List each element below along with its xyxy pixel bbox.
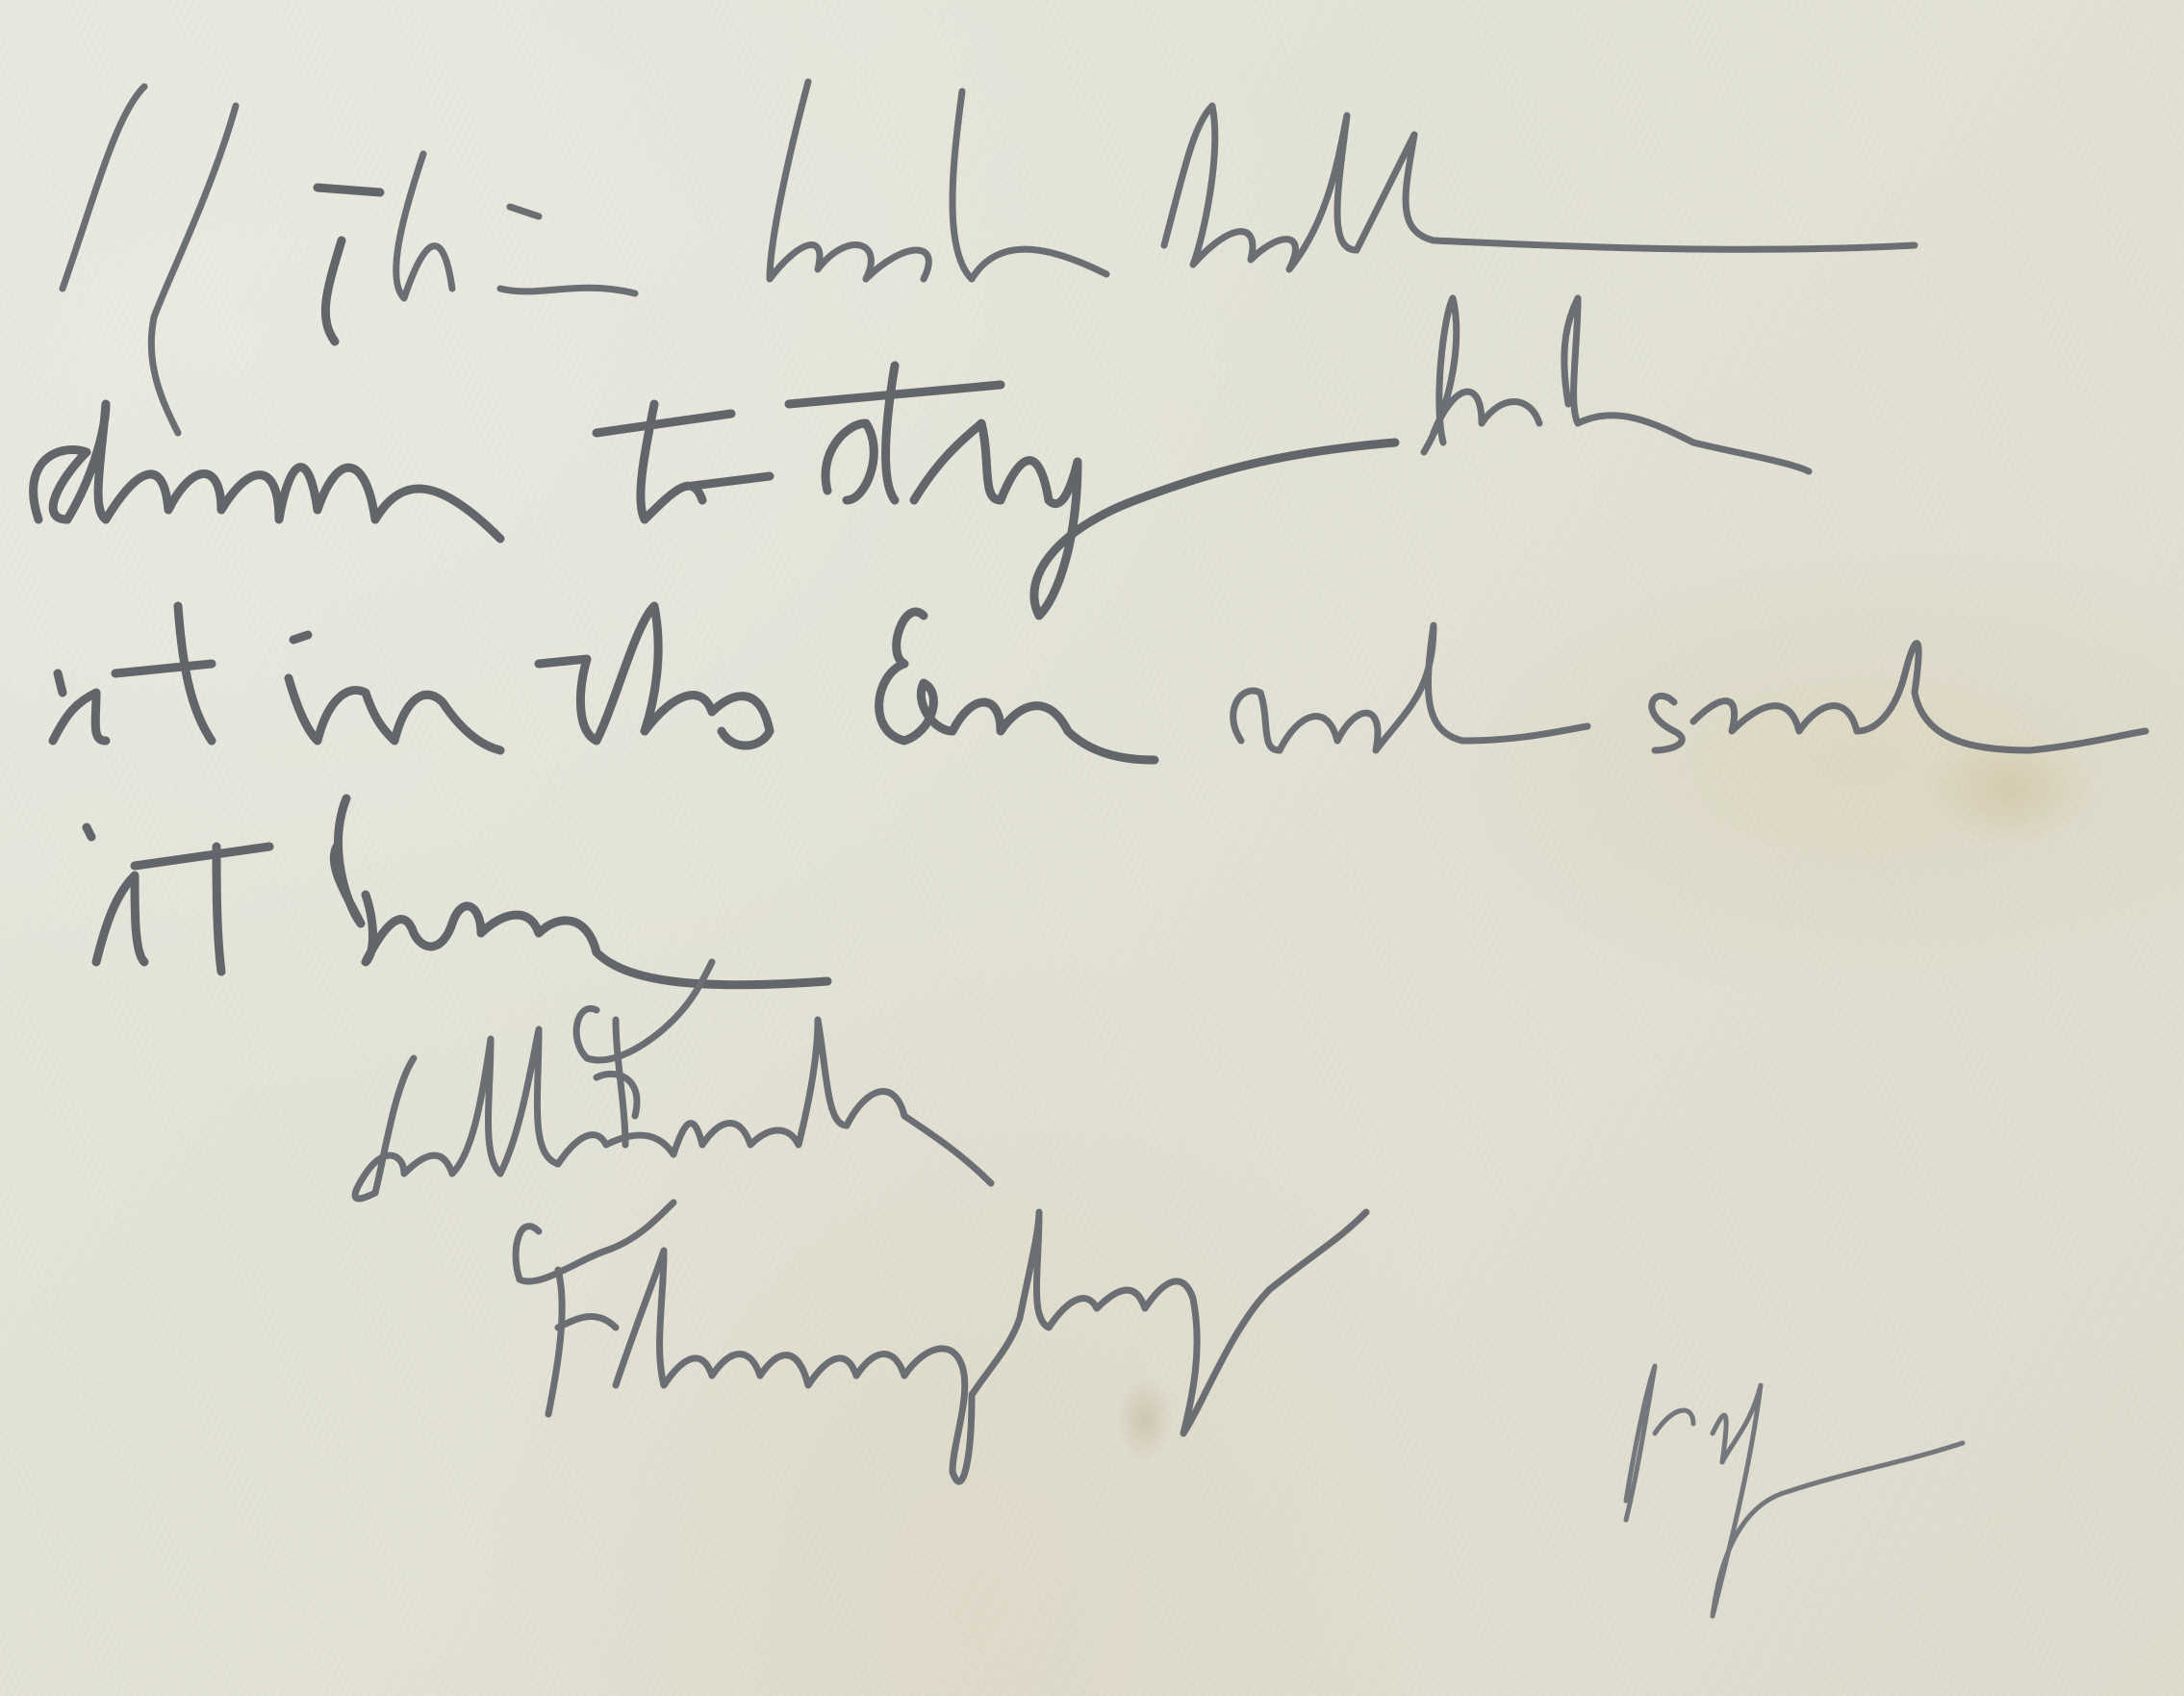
signature-state: Ky — [1616, 1376, 1809, 1530]
body-line-2: chance to stray kick — [29, 375, 1501, 519]
body-line-4: it home — [87, 827, 602, 962]
signature-town: Flemingsburg — [510, 1231, 1531, 1376]
body-line-3: it in the Ban and send — [48, 616, 1551, 750]
body-line-1: If this book should — [58, 115, 1778, 298]
signature-name: Cullen Fischer — [366, 1020, 1435, 1164]
